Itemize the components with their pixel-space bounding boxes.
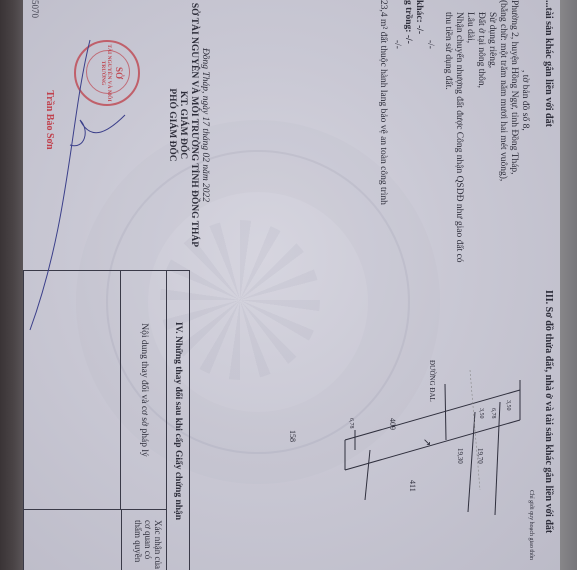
- usage-term-line: Lâu dài,: [464, 12, 475, 43]
- origin-line-2: thu tiền sử dụng đất.: [442, 12, 453, 90]
- edge-label: 3,50: [478, 408, 484, 419]
- road-label: ĐƯỜNG ĐAL: [428, 360, 436, 402]
- col-header-change-content: Nội dung thay đổi và cơ sở pháp lý: [120, 271, 167, 510]
- table-surface-right: [557, 0, 577, 570]
- section-iii-heading: III. Sơ đồ thửa đất, nhà ở và tài sản kh…: [543, 290, 554, 533]
- planning-boundary-label: Chỉ giới quy hoạch giao thông: [528, 490, 534, 560]
- land-type-line: Đất ở tại nông thôn,: [475, 12, 486, 88]
- edge-label: 19,70: [476, 448, 484, 464]
- table-surface-left: [0, 0, 23, 570]
- section-iv-heading: IV. Những thay đổi sau khi cấp Giấy chứn…: [166, 271, 189, 570]
- other-assets-line: khác: -/-: [413, 0, 424, 34]
- prev-section-heading: ...tài sản khác gắn liền với đất: [543, 0, 554, 127]
- neighbor-parcel-158: 158: [288, 430, 297, 442]
- usage-form-line: Sử dụng riêng,: [486, 12, 497, 68]
- column-divider: [24, 509, 121, 510]
- changes-table: IV. Những thay đổi sau khi cấp Giấy chứn…: [23, 270, 190, 570]
- kt-line: KT. GIÁM ĐỐC: [177, 0, 188, 250]
- crops-line: g trồng: -/-: [402, 0, 413, 44]
- issue-date: Đồng Tháp, ngày 17 tháng 02 năm 2022: [199, 0, 210, 250]
- address-line: Phường 2, huyện Hồng Ngự, tỉnh Đồng Tháp…: [508, 0, 519, 175]
- neighbor-parcel-411: 411: [408, 480, 417, 492]
- signer-name: Trần Bảo Sơn: [44, 20, 55, 220]
- neighbor-parcel-409: 409: [388, 418, 397, 430]
- note-line: 23,4 m² đất thuộc hành lang bảo vệ an to…: [377, 0, 388, 205]
- dash-line-1: -/-: [424, 40, 435, 49]
- dash-line-2: -/-: [391, 40, 402, 49]
- signer-title: PHÓ GIÁM ĐỐC: [166, 0, 177, 250]
- area-words-line: (bằng chữ: một trăm năm mươi hai mét vuô…: [497, 0, 508, 181]
- official-stamp: SỞ TÀI NGUYÊN VÀ MÔI TRƯỜNG: [74, 40, 140, 106]
- edge-label: 3,50: [505, 400, 511, 411]
- edge-label: 19,30: [456, 448, 464, 464]
- edge-label: 6,78: [348, 418, 354, 429]
- issuing-org: SỞ TÀI NGUYÊN VÀ MÔI TRƯỜNG TỈNH ĐỒNG TH…: [188, 0, 199, 250]
- col-header-authority-confirmation: Xác nhận của cơ quan có thẩm quyền: [121, 510, 167, 570]
- parcel-diagram: 19,30 19,70 3,50 3,50 6,78 6,78 409 411 …: [280, 290, 540, 560]
- edge-label: 6,78: [490, 408, 496, 419]
- signature-block: Đồng Tháp, ngày 17 tháng 02 năm 2022 SỞ …: [166, 0, 210, 250]
- land-certificate-page: ...tài sản khác gắn liền với đất , tờ bả…: [23, 0, 560, 570]
- origin-line: Nhận chuyển nhượng đất được Công nhận QS…: [453, 12, 464, 263]
- document-number: 5070: [30, 0, 40, 18]
- north-arrow-icon: ↗: [421, 438, 432, 446]
- map-sheet-line: , tờ bản đồ số 8,: [519, 70, 530, 131]
